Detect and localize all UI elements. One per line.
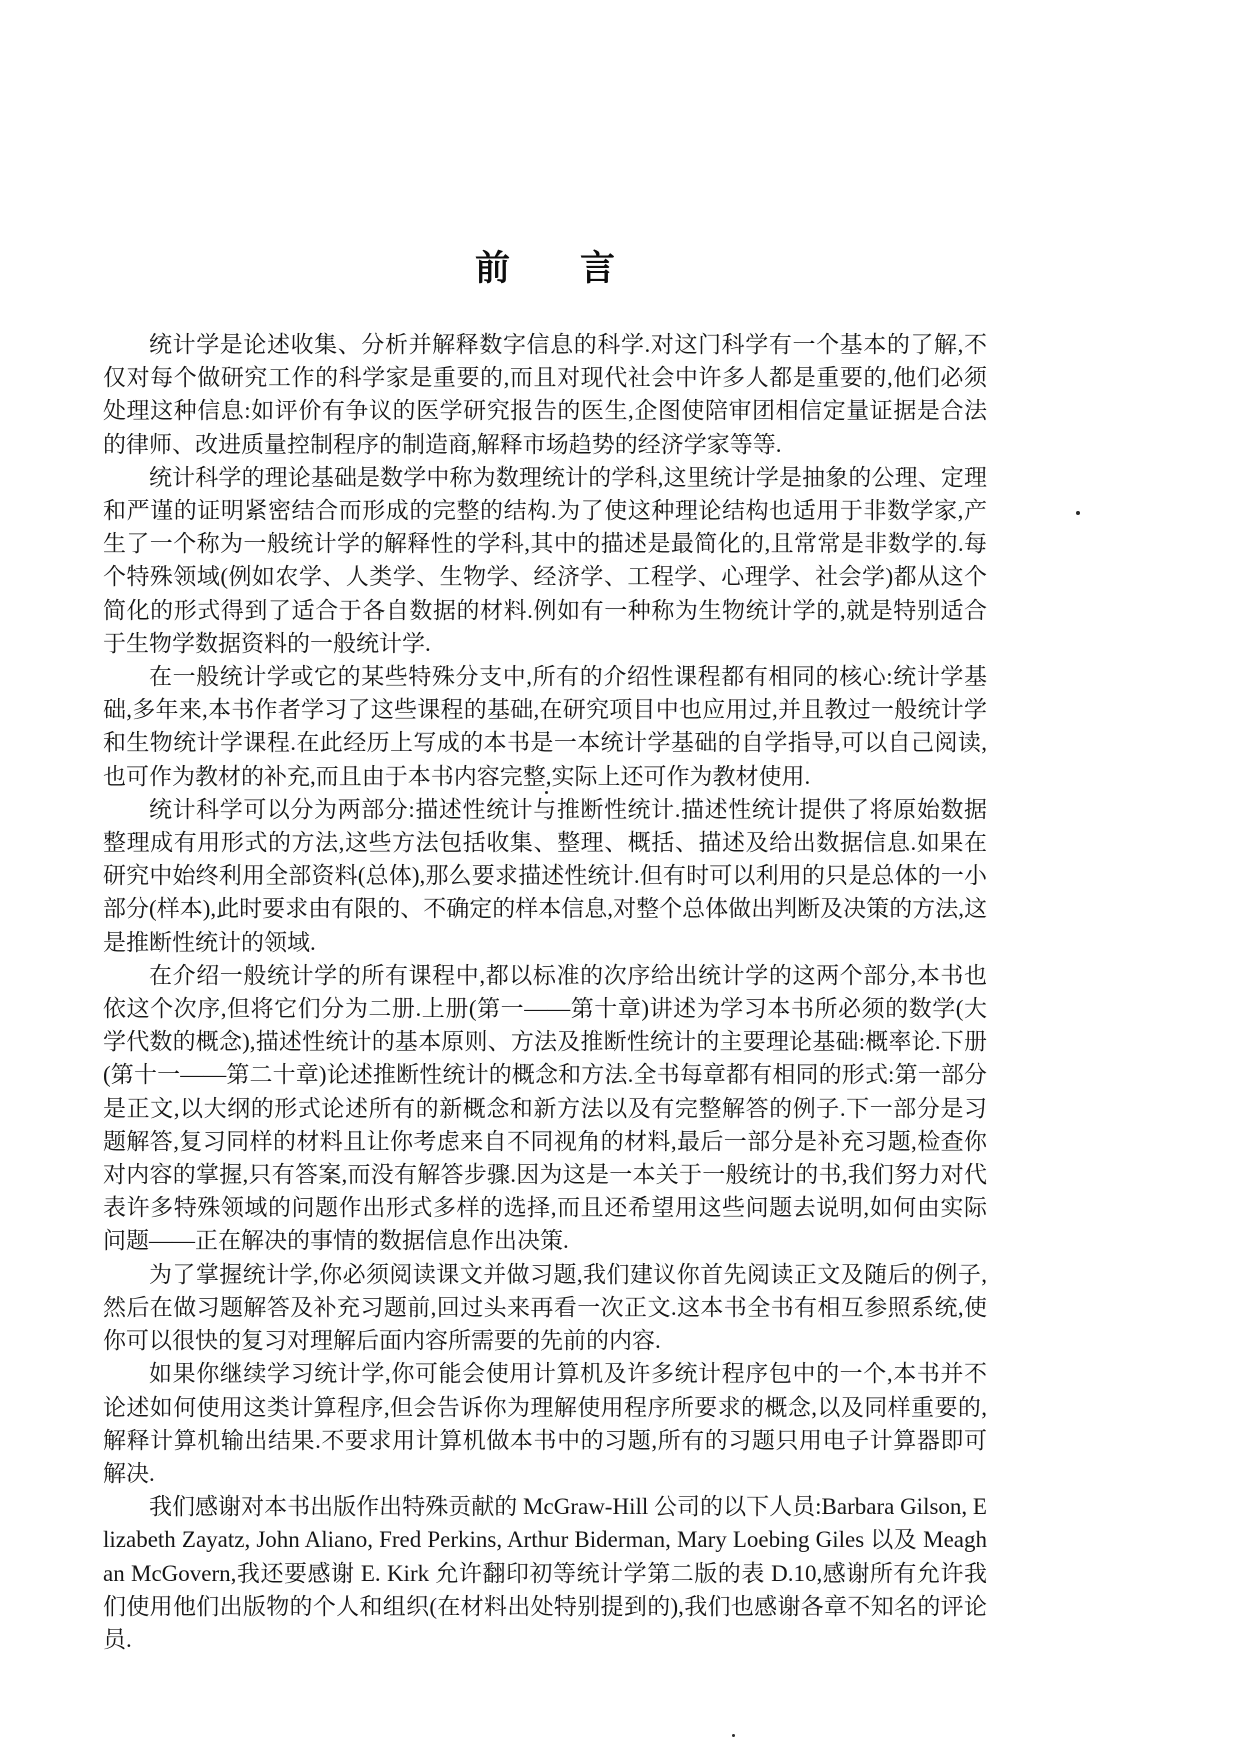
paragraph-intro-statistics: 统计学是论述收集、分析并解释数字信息的科学.对这门科学有一个基本的了解,不仅对每… [103,328,987,461]
scan-speck [784,1181,787,1184]
paragraph-computer-usage: 如果你继续学习统计学,你可能会使用计算机及许多统计程序包中的一个,本书并不论述如… [103,1357,987,1490]
page-title: 前 言 [103,247,987,291]
scan-speck [732,1734,735,1737]
scanned-book-page: 前 言 统计学是论述收集、分析并解释数字信息的科学.对这门科学有一个基本的了解,… [0,0,1240,1754]
scan-speck [545,791,548,794]
scan-speck [1076,511,1080,515]
paragraph-course-core: 在一般统计学或它的某些特殊分支中,所有的介绍性课程都有相同的核心:统计学基础,多… [103,660,987,793]
paragraph-acknowledgements: 我们感谢对本书出版作出特殊贡献的 McGraw-Hill 公司的以下人员:Bar… [103,1490,987,1656]
paragraph-two-parts: 统计科学可以分为两部分:描述性统计与推断性统计.描述性统计提供了将原始数据整理成… [103,793,987,959]
paragraph-book-structure: 在介绍一般统计学的所有课程中,都以标准的次序给出统计学的这两个部分,本书也依这个… [103,959,987,1258]
paragraph-study-advice: 为了掌握统计学,你必须阅读课文并做习题,我们建议你首先阅读正文及随后的例子,然后… [103,1258,987,1358]
paragraph-theory-foundation: 统计科学的理论基础是数学中称为数理统计的学科,这里统计学是抽象的公理、定理和严谨… [103,461,987,660]
preface-text: 统计学是论述收集、分析并解释数字信息的科学.对这门科学有一个基本的了解,不仅对每… [103,328,987,1656]
